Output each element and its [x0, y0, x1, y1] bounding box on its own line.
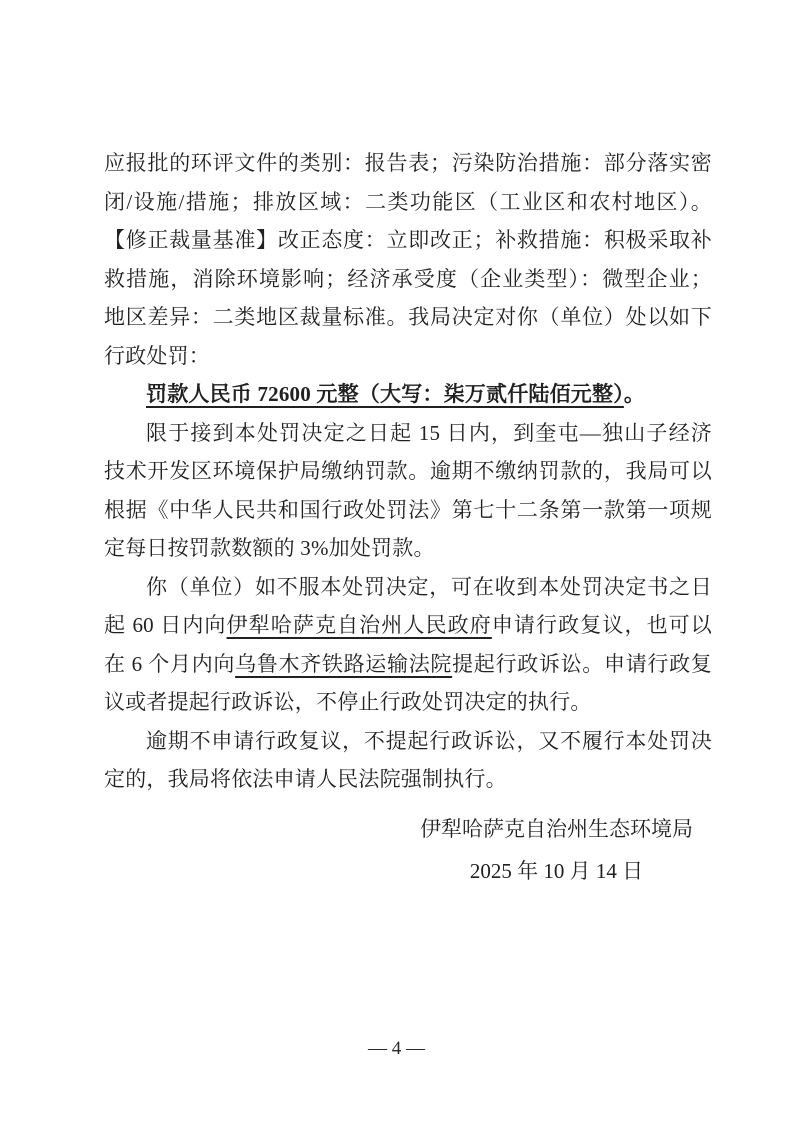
- document-body: 应报批的环评文件的类别：报告表；污染防治措施：部分落实密闭/设施/措施；排放区域…: [104, 144, 712, 799]
- text-segment: 。: [624, 382, 645, 406]
- body-line: 根据《中华人民共和国行政处罚法》第七十二条第一款第一项规: [104, 491, 712, 530]
- body-line: 地区差异：二类地区裁量标准。我局决定对你（单位）处以如下: [104, 298, 712, 337]
- body-line: 限于接到本处罚决定之日起 15 日内，到奎屯—独山子经济: [104, 414, 712, 453]
- text-segment: 闭/设施/措施；排放区域：二类功能区（工业区和农村地区）。: [104, 190, 712, 214]
- body-line: 议或者提起行政诉讼，不停止行政处罚决定的执行。: [104, 683, 712, 722]
- body-line: 在 6 个月内向乌鲁木齐铁路运输法院提起行政诉讼。申请行政复: [104, 645, 712, 684]
- text-segment: 起 60 日内向: [104, 613, 227, 637]
- text-segment: 定每日按罚款数额的 3%加处罚款。: [104, 536, 435, 560]
- text-segment: 技术开发区环境保护局缴纳罚款。逾期不缴纳罚款的，我局可以: [104, 459, 712, 483]
- body-line: 你（单位）如不服本处罚决定，可在收到本处罚决定书之日: [104, 568, 712, 607]
- issue-date: 2025 年 10 月 14 日: [420, 850, 693, 892]
- body-line: 技术开发区环境保护局缴纳罚款。逾期不缴纳罚款的，我局可以: [104, 452, 712, 491]
- issuing-authority: 伊犁哈萨克自治州生态环境局: [420, 808, 693, 850]
- body-line: 【修正裁量基准】改正态度：立即改正；补救措施：积极采取补: [104, 221, 712, 260]
- body-line: 定的，我局将依法申请人民法院强制执行。: [104, 760, 712, 799]
- page-footer: — 4 —: [0, 1036, 793, 1062]
- page-number: — 4 —: [368, 1038, 425, 1059]
- text-segment: 申请行政复议，也可以: [492, 613, 712, 637]
- text-segment: 救措施，消除环境影响；经济承受度（企业类型）：微型企业；: [104, 267, 712, 291]
- text-segment: 逾期不申请行政复议，不提起行政诉讼，又不履行本处罚决: [146, 729, 712, 753]
- body-line: 罚款人民币 72600 元整（大写：柒万贰仟陆佰元整）。: [104, 375, 712, 414]
- text-segment: 在 6 个月内向: [104, 652, 235, 676]
- body-line: 逾期不申请行政复议，不提起行政诉讼，又不履行本处罚决: [104, 722, 712, 761]
- text-segment: 议或者提起行政诉讼，不停止行政处罚决定的执行。: [104, 690, 592, 714]
- text-segment: 【修正裁量基准】改正态度：立即改正；补救措施：积极采取补: [104, 228, 712, 252]
- body-line: 起 60 日内向伊犁哈萨克自治州人民政府申请行政复议，也可以: [104, 606, 712, 645]
- text-segment: 定的，我局将依法申请人民法院强制执行。: [104, 767, 507, 791]
- text-segment: 提起行政诉讼。申请行政复: [452, 652, 712, 676]
- text-segment: 应报批的环评文件的类别：报告表；污染防治措施：部分落实密: [104, 151, 712, 175]
- text-segment: 根据《中华人民共和国行政处罚法》第七十二条第一款第一项规: [104, 498, 712, 522]
- body-line: 定每日按罚款数额的 3%加处罚款。: [104, 529, 712, 568]
- signature-block: 伊犁哈萨克自治州生态环境局 2025 年 10 月 14 日: [420, 808, 693, 892]
- document-page: 应报批的环评文件的类别：报告表；污染防治措施：部分落实密闭/设施/措施；排放区域…: [0, 0, 793, 1122]
- text-segment: 你（单位）如不服本处罚决定，可在收到本处罚决定书之日: [146, 575, 712, 599]
- text-segment: 地区差异：二类地区裁量标准。我局决定对你（单位）处以如下: [104, 305, 712, 329]
- underlined-text: 罚款人民币 72600 元整（大写：柒万贰仟陆佰元整）: [146, 382, 624, 406]
- body-line: 行政处罚：: [104, 337, 712, 376]
- body-line: 应报批的环评文件的类别：报告表；污染防治措施：部分落实密: [104, 144, 712, 183]
- text-segment: 行政处罚：: [104, 344, 210, 368]
- underlined-text: 乌鲁木齐铁路运输法院: [235, 652, 452, 676]
- text-segment: 限于接到本处罚决定之日起 15 日内，到奎屯—独山子经济: [146, 421, 712, 445]
- underlined-text: 伊犁哈萨克自治州人民政府: [227, 613, 492, 637]
- body-line: 闭/设施/措施；排放区域：二类功能区（工业区和农村地区）。: [104, 183, 712, 222]
- body-line: 救措施，消除环境影响；经济承受度（企业类型）：微型企业；: [104, 260, 712, 299]
